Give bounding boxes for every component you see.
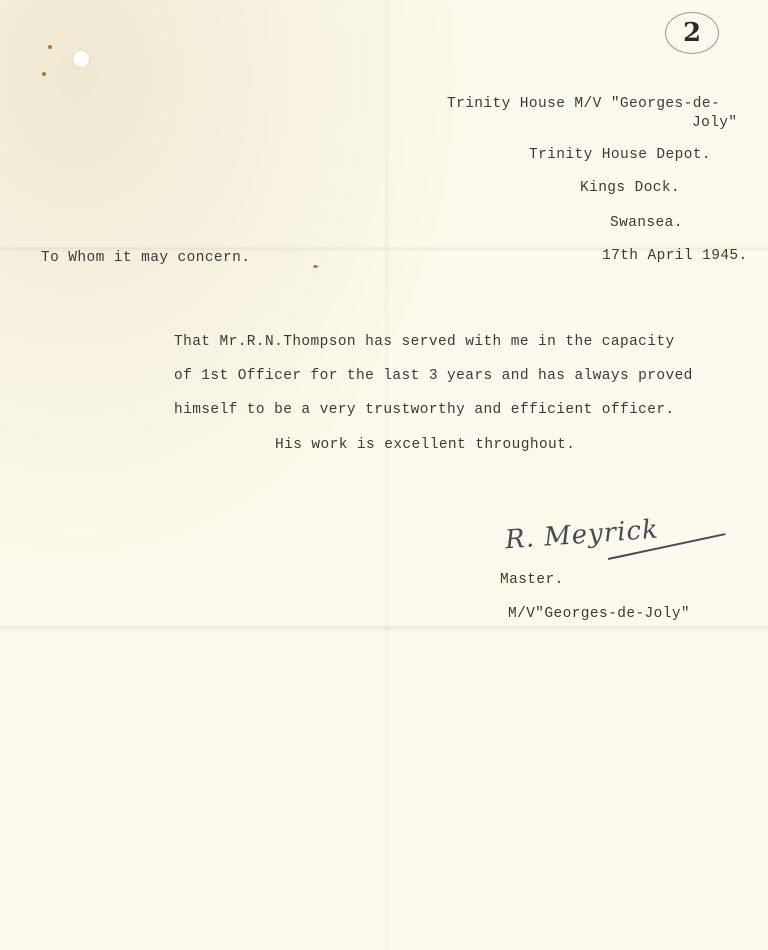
signature-vessel: M/V"Georges-de-Joly" [508,606,690,622]
body-line4: His work is excellent throughout. [275,437,575,453]
rust-spot [42,72,46,76]
page-number: 2 [683,18,701,48]
page-number-circle: 2 [665,12,719,54]
salutation: To Whom it may concern. [41,250,250,266]
rust-spot [48,45,52,49]
body-line2: of 1st Officer for the last 3 years and … [174,368,693,384]
rust-spot [313,265,318,268]
body-line1: That Mr.R.N.Thompson has served with me … [174,334,675,350]
header-ship-line1: Trinity House M/V "Georges-de- [447,96,720,112]
body-line3: himself to be a very trustworthy and eff… [174,402,675,418]
header-address-line1: Trinity House Depot. [529,147,711,163]
punch-hole [73,51,89,67]
header-address-line3: Swansea. [610,215,683,231]
header-ship-line2: Joly" [692,115,738,131]
header-address-line2: Kings Dock. [580,180,680,196]
header-date: 17th April 1945. [602,248,748,264]
signature-title: Master. [500,572,564,588]
letter-paper [0,0,768,950]
